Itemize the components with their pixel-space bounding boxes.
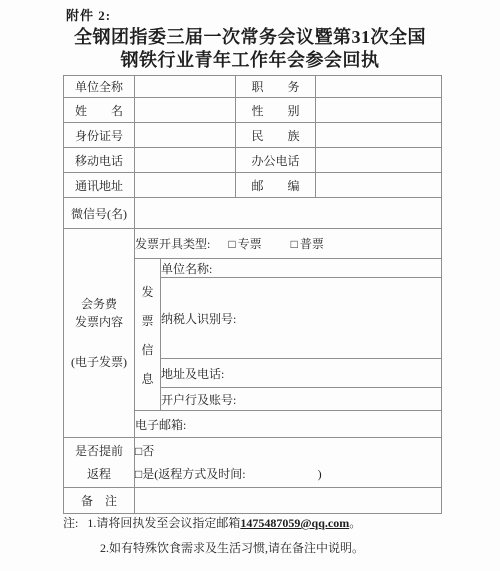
row-address-zip: 通讯地址 邮 编: [64, 173, 442, 198]
label-bank-account: 开户行及账号:: [161, 393, 236, 407]
side-label-line-1: 会务费: [64, 295, 134, 313]
label-invoice-address-phone: 地址及电话:: [161, 367, 224, 381]
side-label-line-2: 发票内容: [64, 313, 134, 331]
note1-email: 1475487059@qq.com: [240, 516, 349, 530]
document-title: 全钢团指委三届一次常务会议暨第31次全国 钢铁行业青年工作年会参会回执: [0, 26, 500, 72]
label-office-phone: 办公电话: [236, 148, 316, 173]
input-mailing-address[interactable]: [135, 173, 236, 198]
label-unit-full-name: 单位全称: [64, 76, 135, 98]
label-mailing-address: 通讯地址: [64, 173, 135, 198]
input-id-number[interactable]: [135, 123, 236, 148]
option-ordinary-invoice[interactable]: □普票: [291, 237, 324, 251]
row-mobile-office-phone: 移动电话 办公电话: [64, 148, 442, 173]
input-job-title[interactable]: [316, 76, 442, 98]
input-zip-code[interactable]: [316, 173, 442, 198]
input-gender[interactable]: [316, 98, 442, 123]
label-return-trip: 是否提前 返程: [64, 438, 135, 488]
label-taxpayer-id: 纳税人识别号:: [161, 312, 236, 326]
field-invoice-address-phone[interactable]: 地址及电话:: [161, 359, 442, 388]
registration-form-table: 单位全称 职 务 姓 名 性 别 身份证号 民 族 移动电话 办公电话 通讯地址: [63, 75, 442, 514]
row-name-gender: 姓 名 性 别: [64, 98, 442, 123]
label-conference-fee-invoice: 会务费 发票内容 (电子发票): [64, 229, 135, 438]
attachment-label: 附件 2:: [66, 5, 111, 24]
row-id-ethnicity: 身份证号 民 族: [64, 123, 442, 148]
note-line-1: 注:1.请将回执发至会议指定邮箱1475487059@qq.com。: [63, 516, 364, 531]
label-name: 姓 名: [64, 98, 135, 123]
return-trip-label-line-2: 返程: [64, 463, 134, 486]
input-ethnicity[interactable]: [316, 123, 442, 148]
invoice-info-char-3: 信: [141, 341, 153, 358]
checkbox-ordinary-invoice[interactable]: □: [291, 237, 298, 252]
label-invoice-unit-name: 单位名称:: [161, 262, 212, 276]
field-bank-account[interactable]: 开户行及账号:: [161, 388, 442, 411]
option-special-invoice-label: 专票: [238, 237, 262, 251]
field-email[interactable]: 电子邮箱:: [135, 411, 442, 438]
input-remark[interactable]: [135, 488, 442, 514]
invoice-info-char-1: 发: [141, 283, 153, 300]
row-unit-job: 单位全称 职 务: [64, 76, 442, 98]
note1-number: 1.: [87, 516, 96, 530]
label-invoice-type: 发票开具类型:: [135, 237, 210, 251]
label-wechat-id: 微信号(名): [64, 198, 135, 229]
label-mobile-phone: 移动电话: [64, 148, 135, 173]
note-line-2: 2.如有特殊饮食需求及生活习惯,请在备注中说明。: [63, 541, 364, 556]
note1-suffix: 。: [349, 516, 361, 530]
input-name[interactable]: [135, 98, 236, 123]
invoice-info-char-4: 息: [141, 370, 153, 387]
invoice-info-char-2: 票: [141, 312, 153, 329]
side-label-line-3: (电子发票): [64, 353, 134, 371]
field-invoice-unit-name[interactable]: 单位名称:: [161, 259, 442, 278]
return-trip-label-line-1: 是否提前: [64, 440, 134, 463]
input-wechat-id[interactable]: [135, 198, 442, 229]
row-return-trip: 是否提前 返程 □否 □是(返程方式及时间: ): [64, 438, 442, 488]
label-zip-code: 邮 编: [236, 173, 316, 198]
document-page: 附件 2: 全钢团指委三届一次常务会议暨第31次全国 钢铁行业青年工作年会参会回…: [0, 0, 500, 571]
option-return-no-label: 否: [142, 444, 154, 458]
option-ordinary-invoice-label: 普票: [300, 237, 324, 251]
input-unit-full-name[interactable]: [135, 76, 236, 98]
note-prefix: 注:: [63, 516, 78, 530]
footer-notes: 注:1.请将回执发至会议指定邮箱1475487059@qq.com。 2.如有特…: [63, 516, 364, 556]
option-return-no[interactable]: □否: [135, 440, 441, 463]
title-line-1: 全钢团指委三届一次常务会议暨第31次全国: [0, 26, 500, 49]
input-office-phone[interactable]: [316, 148, 442, 173]
title-line-2: 钢铁行业青年工作年会参会回执: [0, 49, 500, 72]
row-invoice-type: 会务费 发票内容 (电子发票) 发票开具类型: □专票 □普票: [64, 229, 442, 259]
invoice-type-cell: 发票开具类型: □专票 □普票: [135, 229, 442, 259]
row-remark: 备 注: [64, 488, 442, 514]
label-email: 电子邮箱:: [135, 418, 186, 432]
label-ethnicity: 民 族: [236, 123, 316, 148]
label-invoice-info: 发 票 信 息: [135, 259, 161, 411]
note1-text: 请将回执发至会议指定邮箱: [96, 516, 240, 530]
option-return-yes[interactable]: □是(返程方式及时间: ): [135, 463, 441, 486]
label-id-number: 身份证号: [64, 123, 135, 148]
option-return-yes-label: 是(返程方式及时间: ): [142, 467, 321, 481]
option-special-invoice[interactable]: □专票: [228, 237, 261, 251]
label-job-title: 职 务: [236, 76, 316, 98]
return-trip-options-cell: □否 □是(返程方式及时间: ): [135, 438, 442, 488]
label-gender: 性 别: [236, 98, 316, 123]
input-mobile-phone[interactable]: [135, 148, 236, 173]
label-remark: 备 注: [64, 488, 135, 514]
row-wechat: 微信号(名): [64, 198, 442, 229]
checkbox-special-invoice[interactable]: □: [228, 237, 235, 252]
field-taxpayer-id[interactable]: 纳税人识别号:: [161, 278, 442, 359]
